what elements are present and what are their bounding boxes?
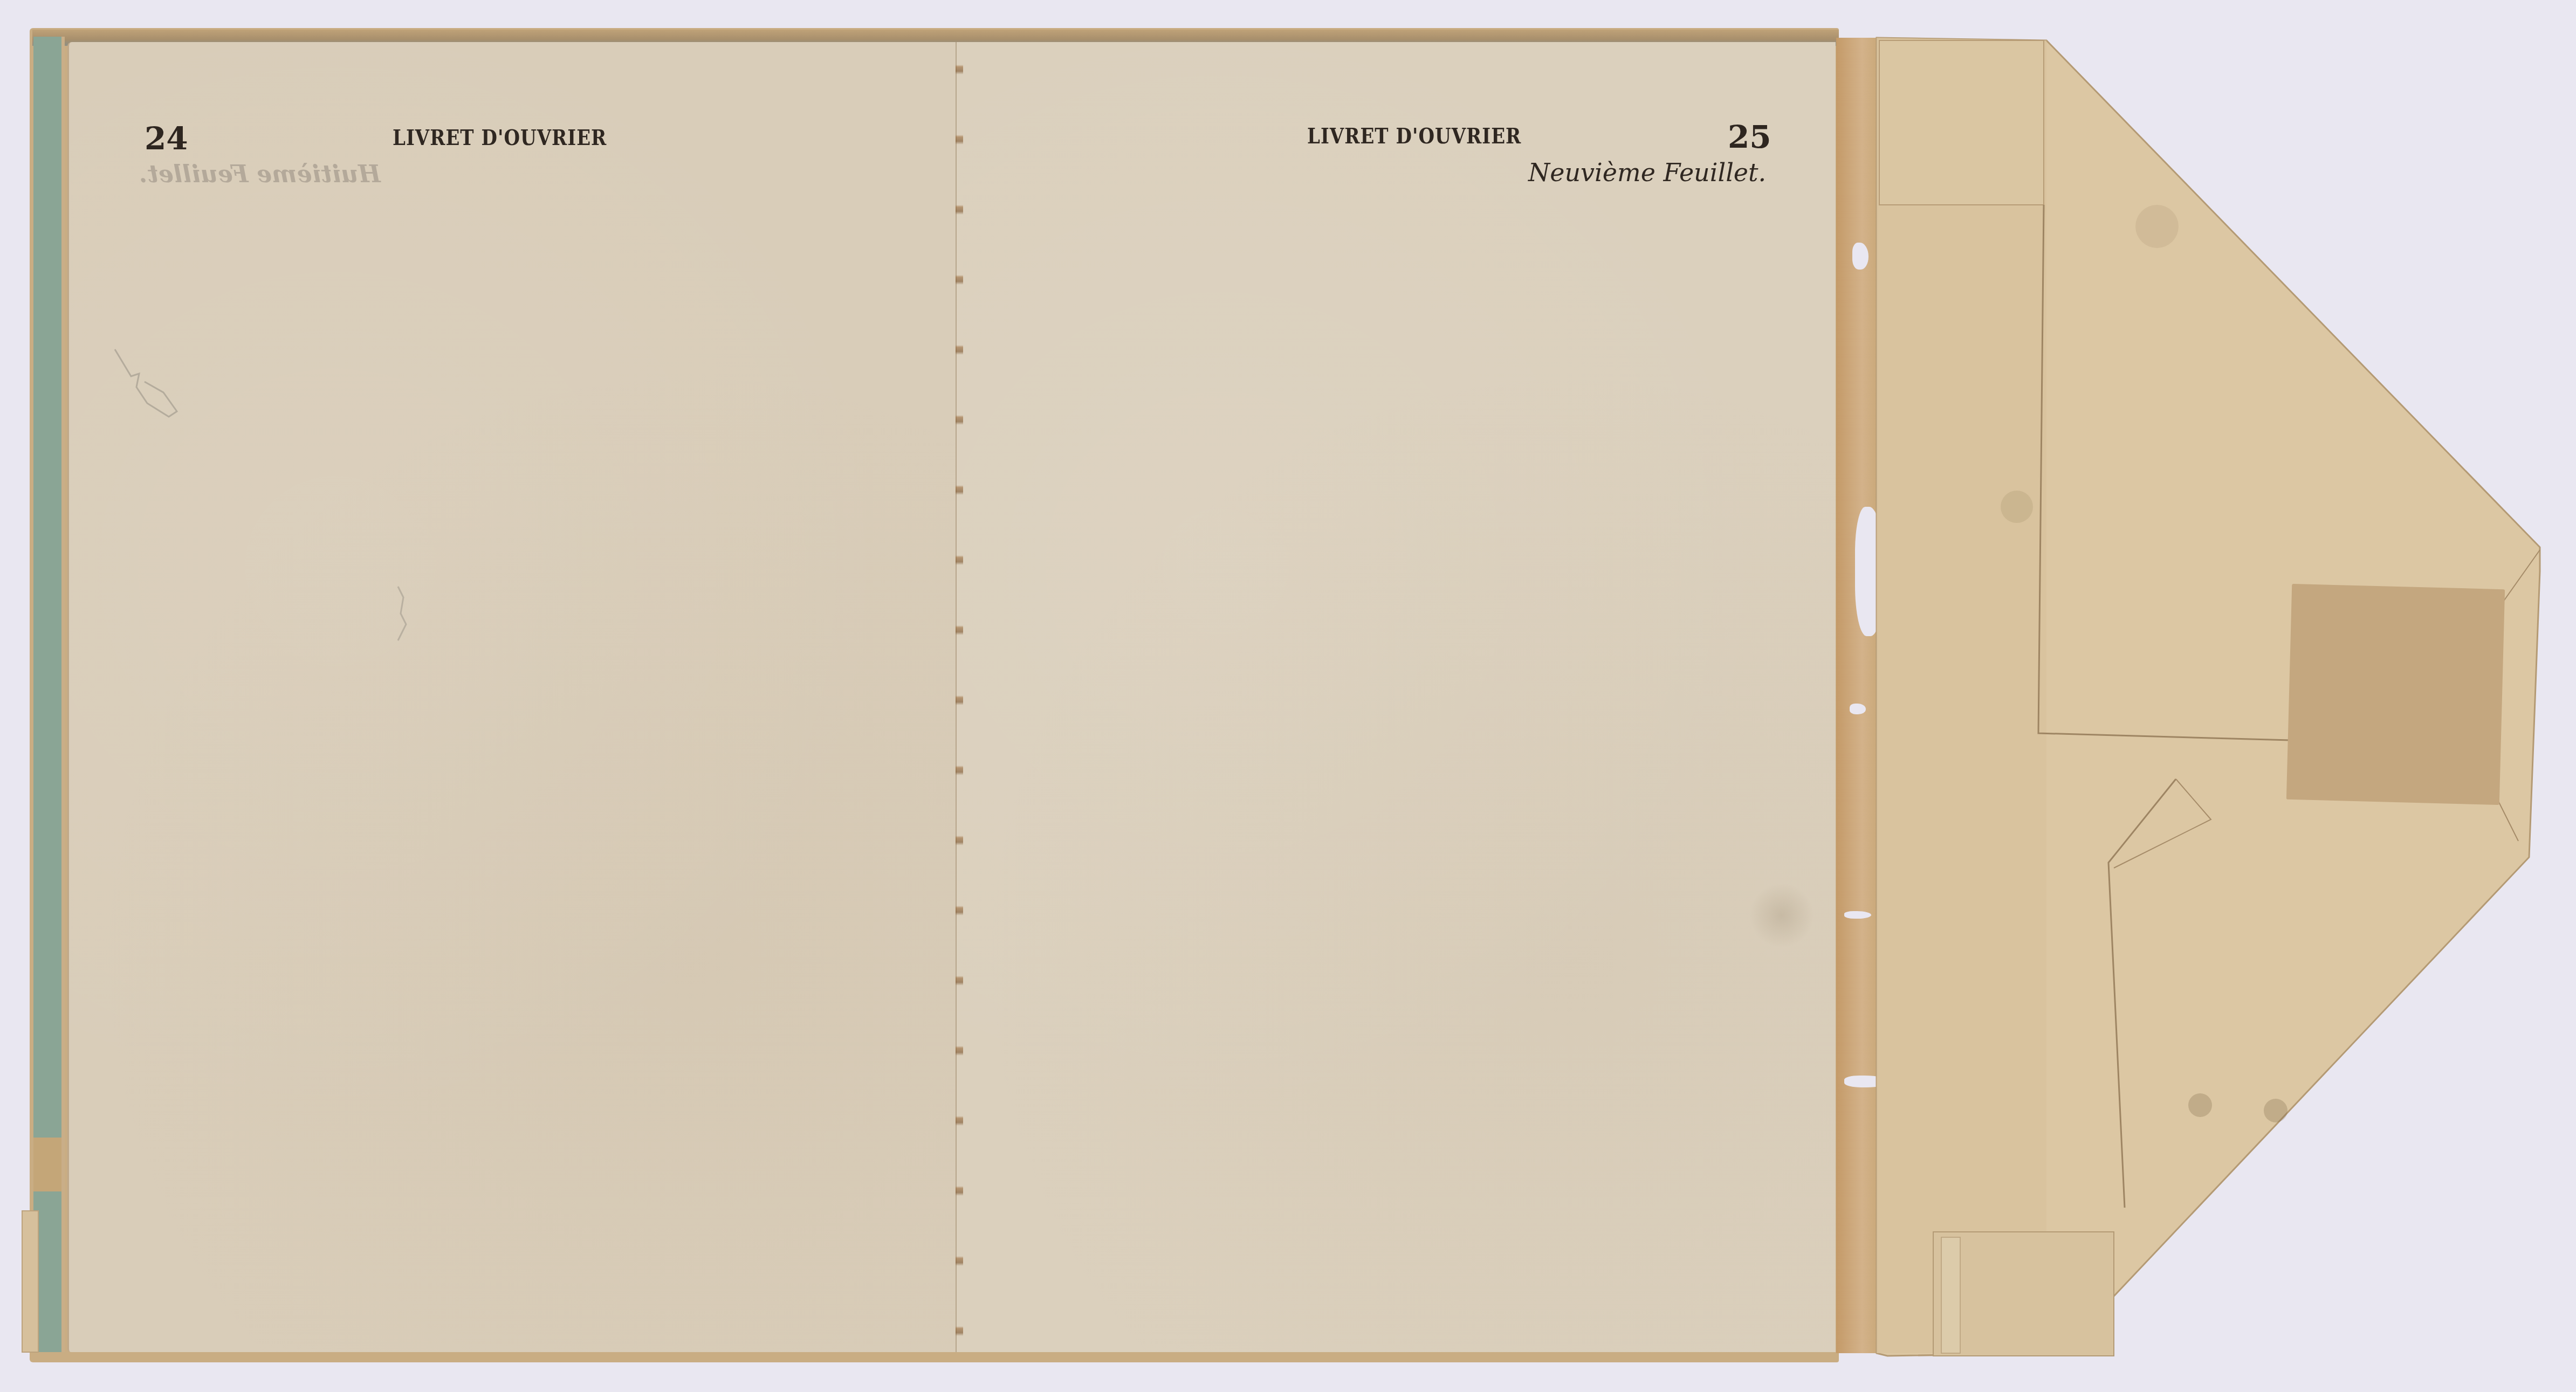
page-stain [1749,883,1814,948]
pencil-mark-icon [99,344,207,452]
spine-worn-patch [33,1138,61,1191]
left-page: 24 LIVRET D'OUVRIER Huitième Feuillet. [67,42,957,1352]
pencil-mark-icon [387,581,420,646]
bleed-through-text: Huitième Feuillet. [139,161,381,188]
right-page: LIVRET D'OUVRIER 25 Neuvième Feuillet. [956,42,1836,1352]
left-page-number: 24 [145,120,188,157]
tape-patch [2286,584,2505,805]
section-title: Neuvième Feuillet. [1528,158,1766,187]
left-running-head: LIVRET D'OUVRIER [393,126,607,150]
right-page-number: 25 [1728,119,1771,155]
spine-lower-tab [22,1210,39,1353]
right-running-head: LIVRET D'OUVRIER [1307,124,1521,149]
gutter-binding-residue [956,43,963,1348]
